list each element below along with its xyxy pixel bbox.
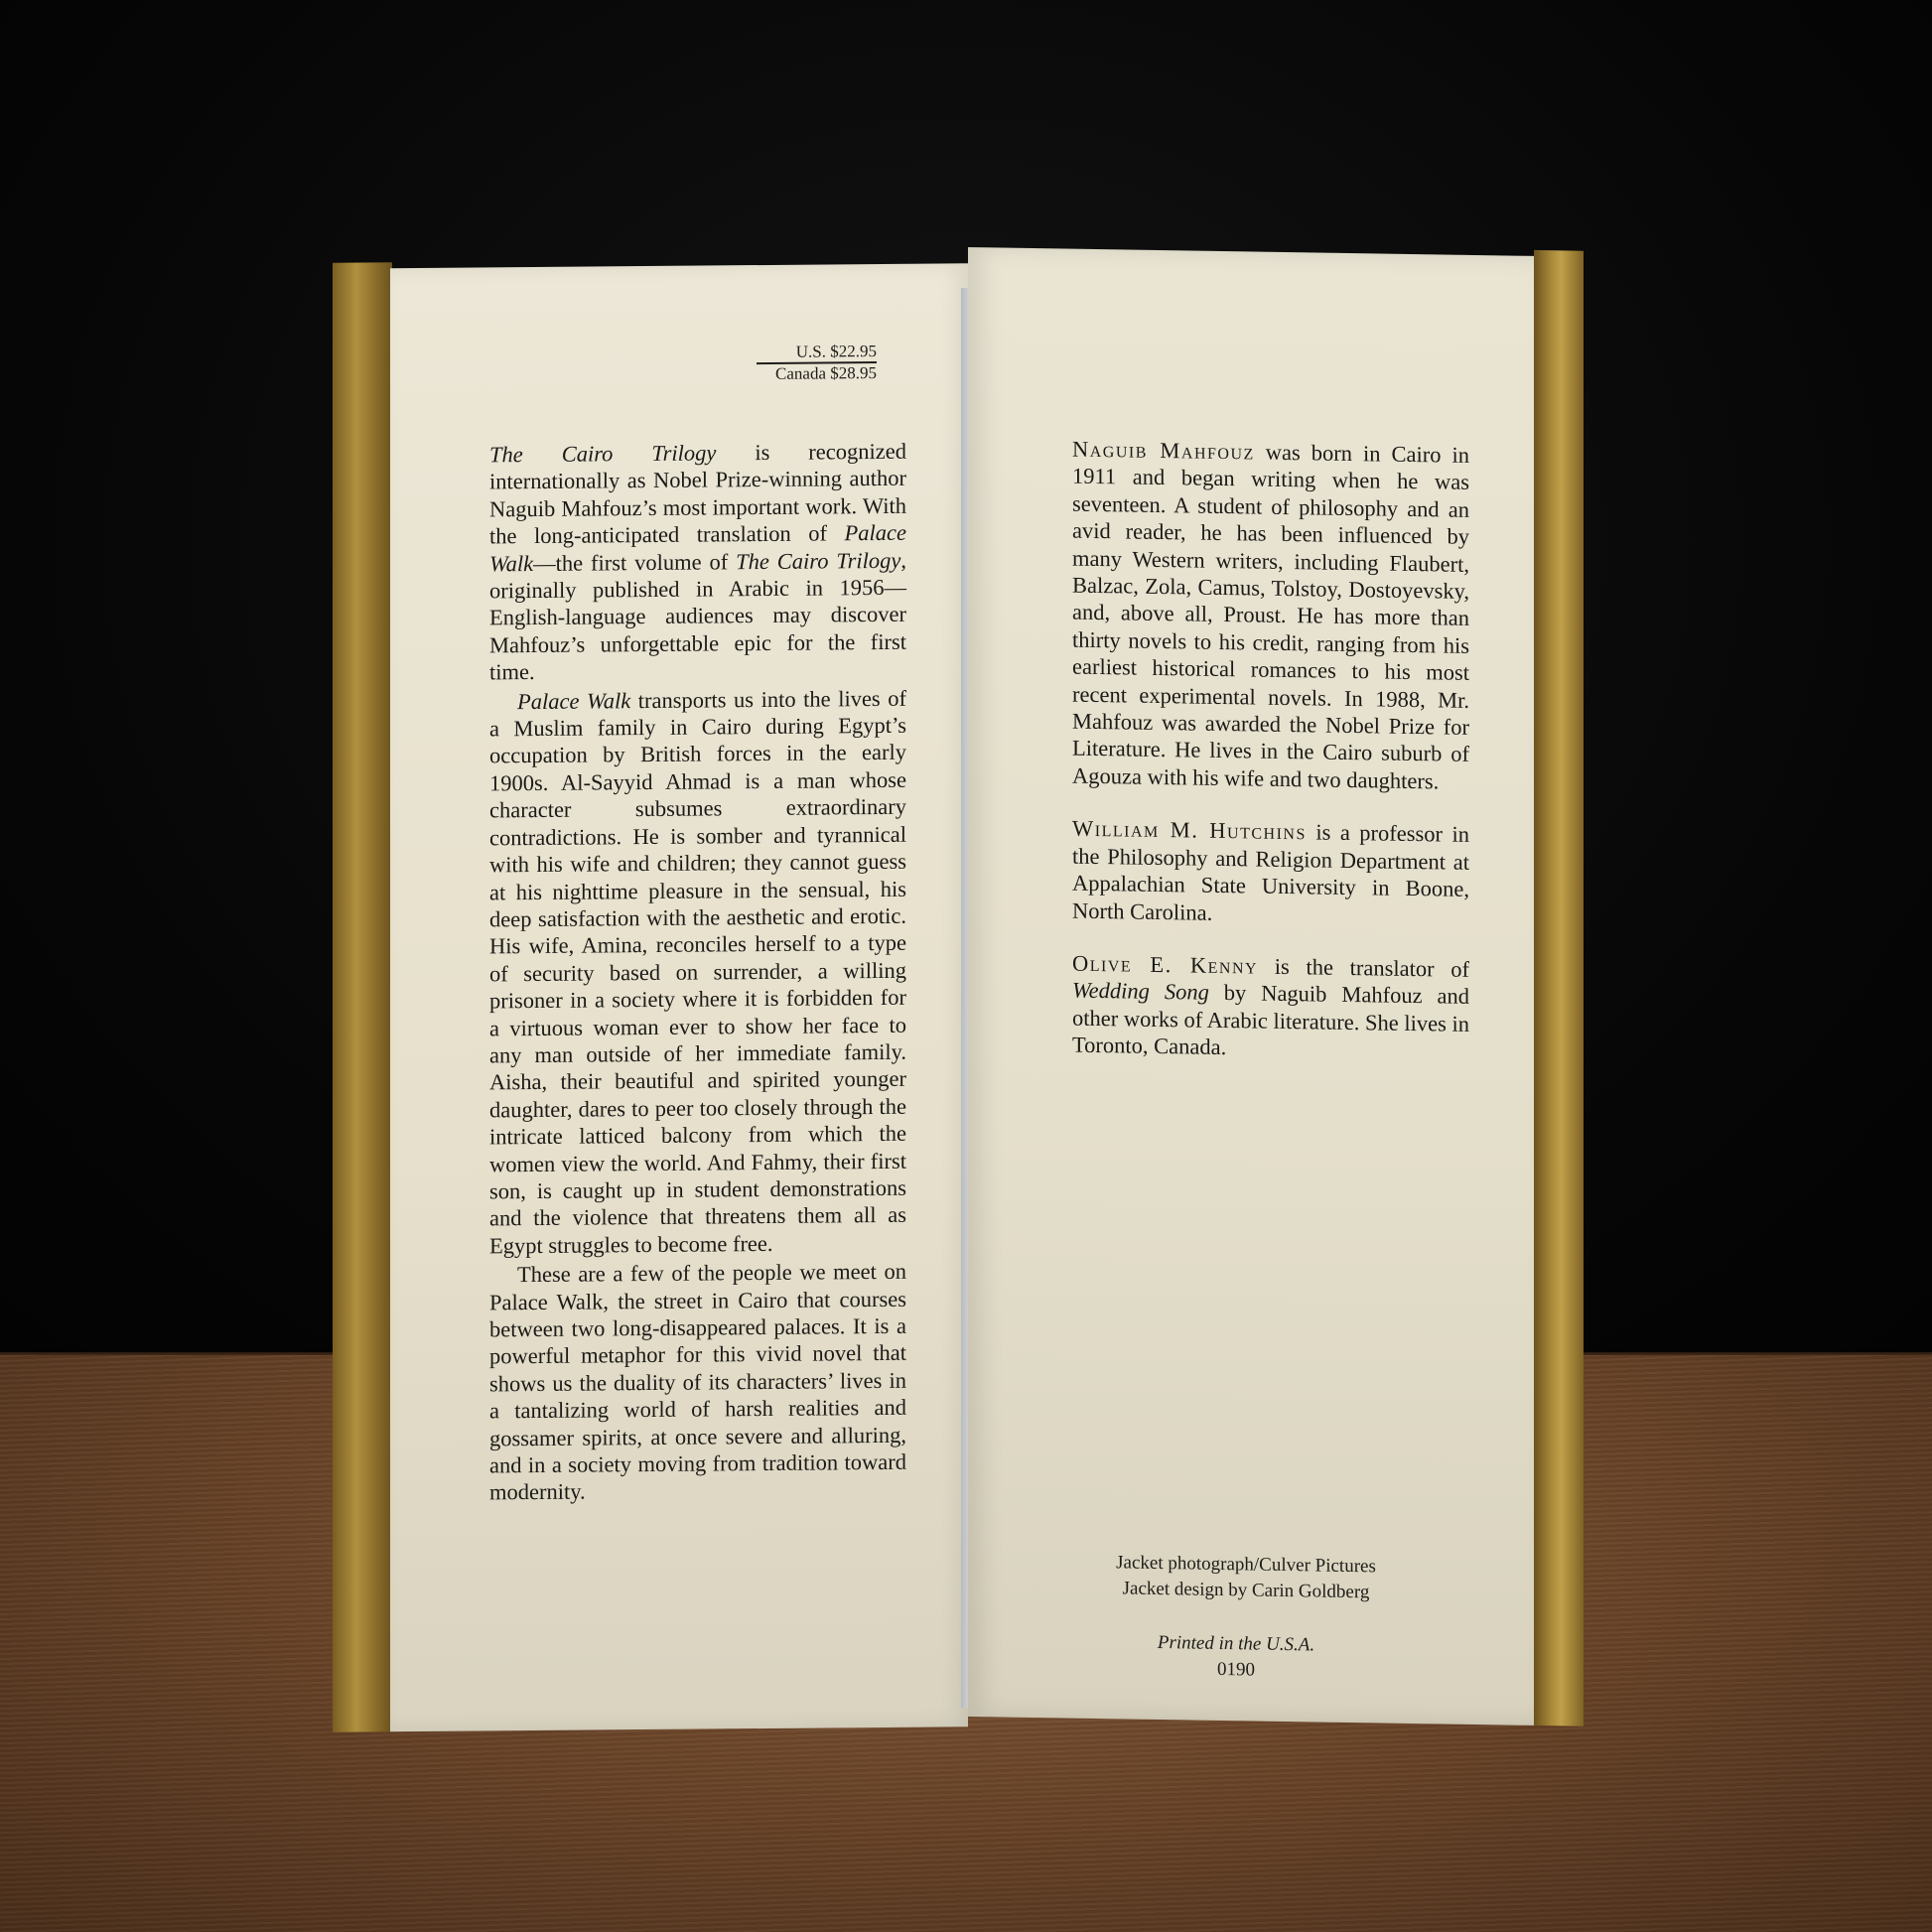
synopsis-paragraph-1: The Cairo Trilogy is recognized internat…: [489, 438, 906, 686]
left-jacket-flap: U.S. $22.95 Canada $28.95 The Cairo Tril…: [333, 257, 968, 1732]
synopsis-paragraph-2: Palace Walk transports us into the lives…: [489, 684, 906, 1259]
italic-title: The Cairo Trilogy: [489, 440, 716, 467]
author-bios: Naguib Mahfouz was born in Cairo in 1911…: [1072, 436, 1469, 1091]
jacket-credits: Jacket photograph/Culver Pictures Jacket…: [1067, 1550, 1425, 1607]
printed-in: Printed in the U.S.A.: [1107, 1629, 1365, 1659]
bio-text: was born in Cairo in 1911 and began writ…: [1072, 440, 1469, 794]
bio-name: Naguib Mahfouz: [1072, 437, 1255, 465]
print-code: 0190: [1107, 1655, 1365, 1685]
bio-name: William M. Hutchins: [1072, 816, 1307, 845]
price-us: U.S. $22.95: [757, 342, 877, 364]
bio-kenny: Olive E. Kenny is the translator of Wedd…: [1072, 950, 1469, 1065]
left-flap-copy: The Cairo Trilogy is recognized internat…: [489, 438, 906, 1509]
right-flap-paper: Naguib Mahfouz was born in Cairo in 1911…: [968, 247, 1534, 1725]
italic-title: Wedding Song: [1072, 978, 1209, 1005]
paragraph-text: These are a few of the people we meet on…: [489, 1259, 906, 1505]
printed-block: Printed in the U.S.A. 0190: [1107, 1629, 1365, 1685]
paragraph-text: transports us into the lives of a Muslim…: [489, 685, 906, 1258]
right-jacket-flap: Naguib Mahfouz was born in Cairo in 1911…: [968, 241, 1603, 1760]
italic-title: Palace Walk: [517, 688, 630, 714]
gold-spine-trim-left: [333, 262, 392, 1732]
bio-hutchins: William M. Hutchins is a professor in th…: [1072, 815, 1469, 930]
synopsis-paragraph-3: These are a few of the people we meet on…: [489, 1258, 906, 1506]
bio-text: is the translator of: [1258, 953, 1469, 981]
bio-mahfouz: Naguib Mahfouz was born in Cairo in 1911…: [1072, 436, 1469, 796]
price-canada: Canada $28.95: [757, 363, 877, 383]
paragraph-text: —the first volume of: [533, 549, 736, 576]
price-block: U.S. $22.95 Canada $28.95: [757, 342, 877, 383]
left-flap-paper: U.S. $22.95 Canada $28.95 The Cairo Tril…: [390, 263, 968, 1731]
italic-title: The Cairo Trilogy: [736, 547, 900, 573]
gold-spine-trim-right: [1534, 250, 1584, 1726]
bio-name: Olive E. Kenny: [1072, 951, 1258, 979]
